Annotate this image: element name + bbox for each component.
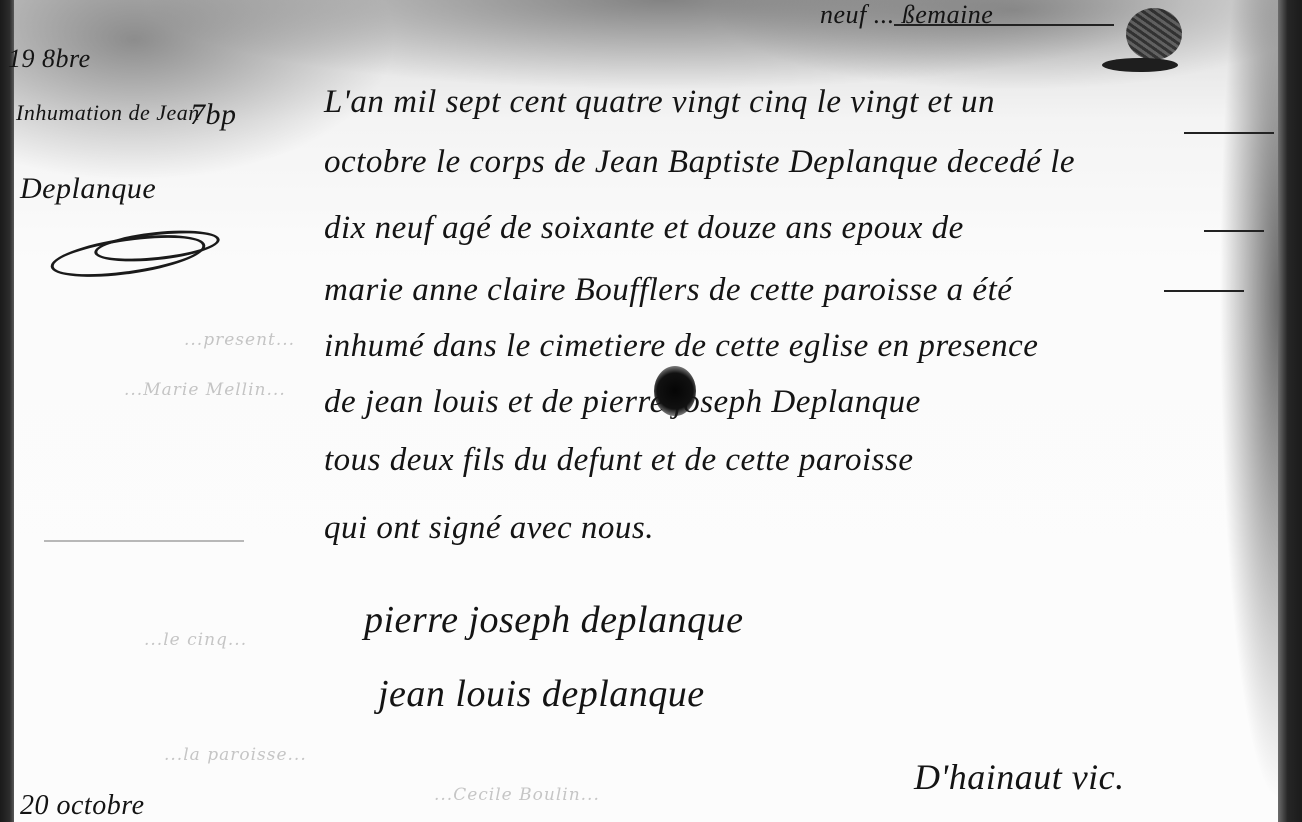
bleed-through-text: ...Marie Mellin... [124,380,286,400]
bleed-through-stroke [44,540,244,542]
wax-seal-mark [1126,8,1182,60]
margin-entry-label: Inhumation de Jean [16,100,200,126]
bleed-through-text: ...present... [184,330,295,350]
margin-entry-number: 7bp [190,98,237,132]
body-line-4: marie anne claire Boufflers de cette par… [324,272,1012,309]
body-line-6: de jean louis et de pierre joseph Deplan… [324,384,921,421]
body-line-5: inhumé dans le cimetiere de cette eglise… [324,328,1038,365]
scan-left-edge [0,0,14,822]
body-line-3: dix neuf agé de soixante et douze ans ep… [324,210,964,247]
seal-tail-mark [1102,58,1178,72]
body-line-8: qui ont signé avec nous. [324,510,654,547]
bleed-through-text: ...le cinq... [144,630,247,650]
next-entry-date: 20 octobre [20,790,145,822]
signature-jean-louis: jean louis deplanque [378,672,705,716]
line-filler [1204,230,1264,232]
scan-right-edge [1278,0,1302,822]
register-page: ...present... ...Marie Mellin... ...le c… [14,0,1280,822]
bleed-through-text: ...la paroisse... [164,745,307,765]
signature-vicar: D'hainaut vic. [914,756,1125,798]
line-filler [1184,132,1274,134]
header-rule [894,24,1114,26]
margin-surname: Deplanque [20,172,156,206]
body-line-1: L'an mil sept cent quatre vingt cinq le … [324,84,995,121]
bleed-through-text: ...Cecile Boulin... [434,785,600,805]
signature-pierre-joseph: pierre joseph deplanque [364,598,743,642]
body-line-7: tous deux fils du defunt et de cette par… [324,442,914,479]
line-filler [1164,290,1244,292]
margin-date: 19 8bre [8,44,91,74]
ink-blot [654,366,696,416]
body-line-2: octobre le corps de Jean Baptiste Deplan… [324,144,1075,181]
